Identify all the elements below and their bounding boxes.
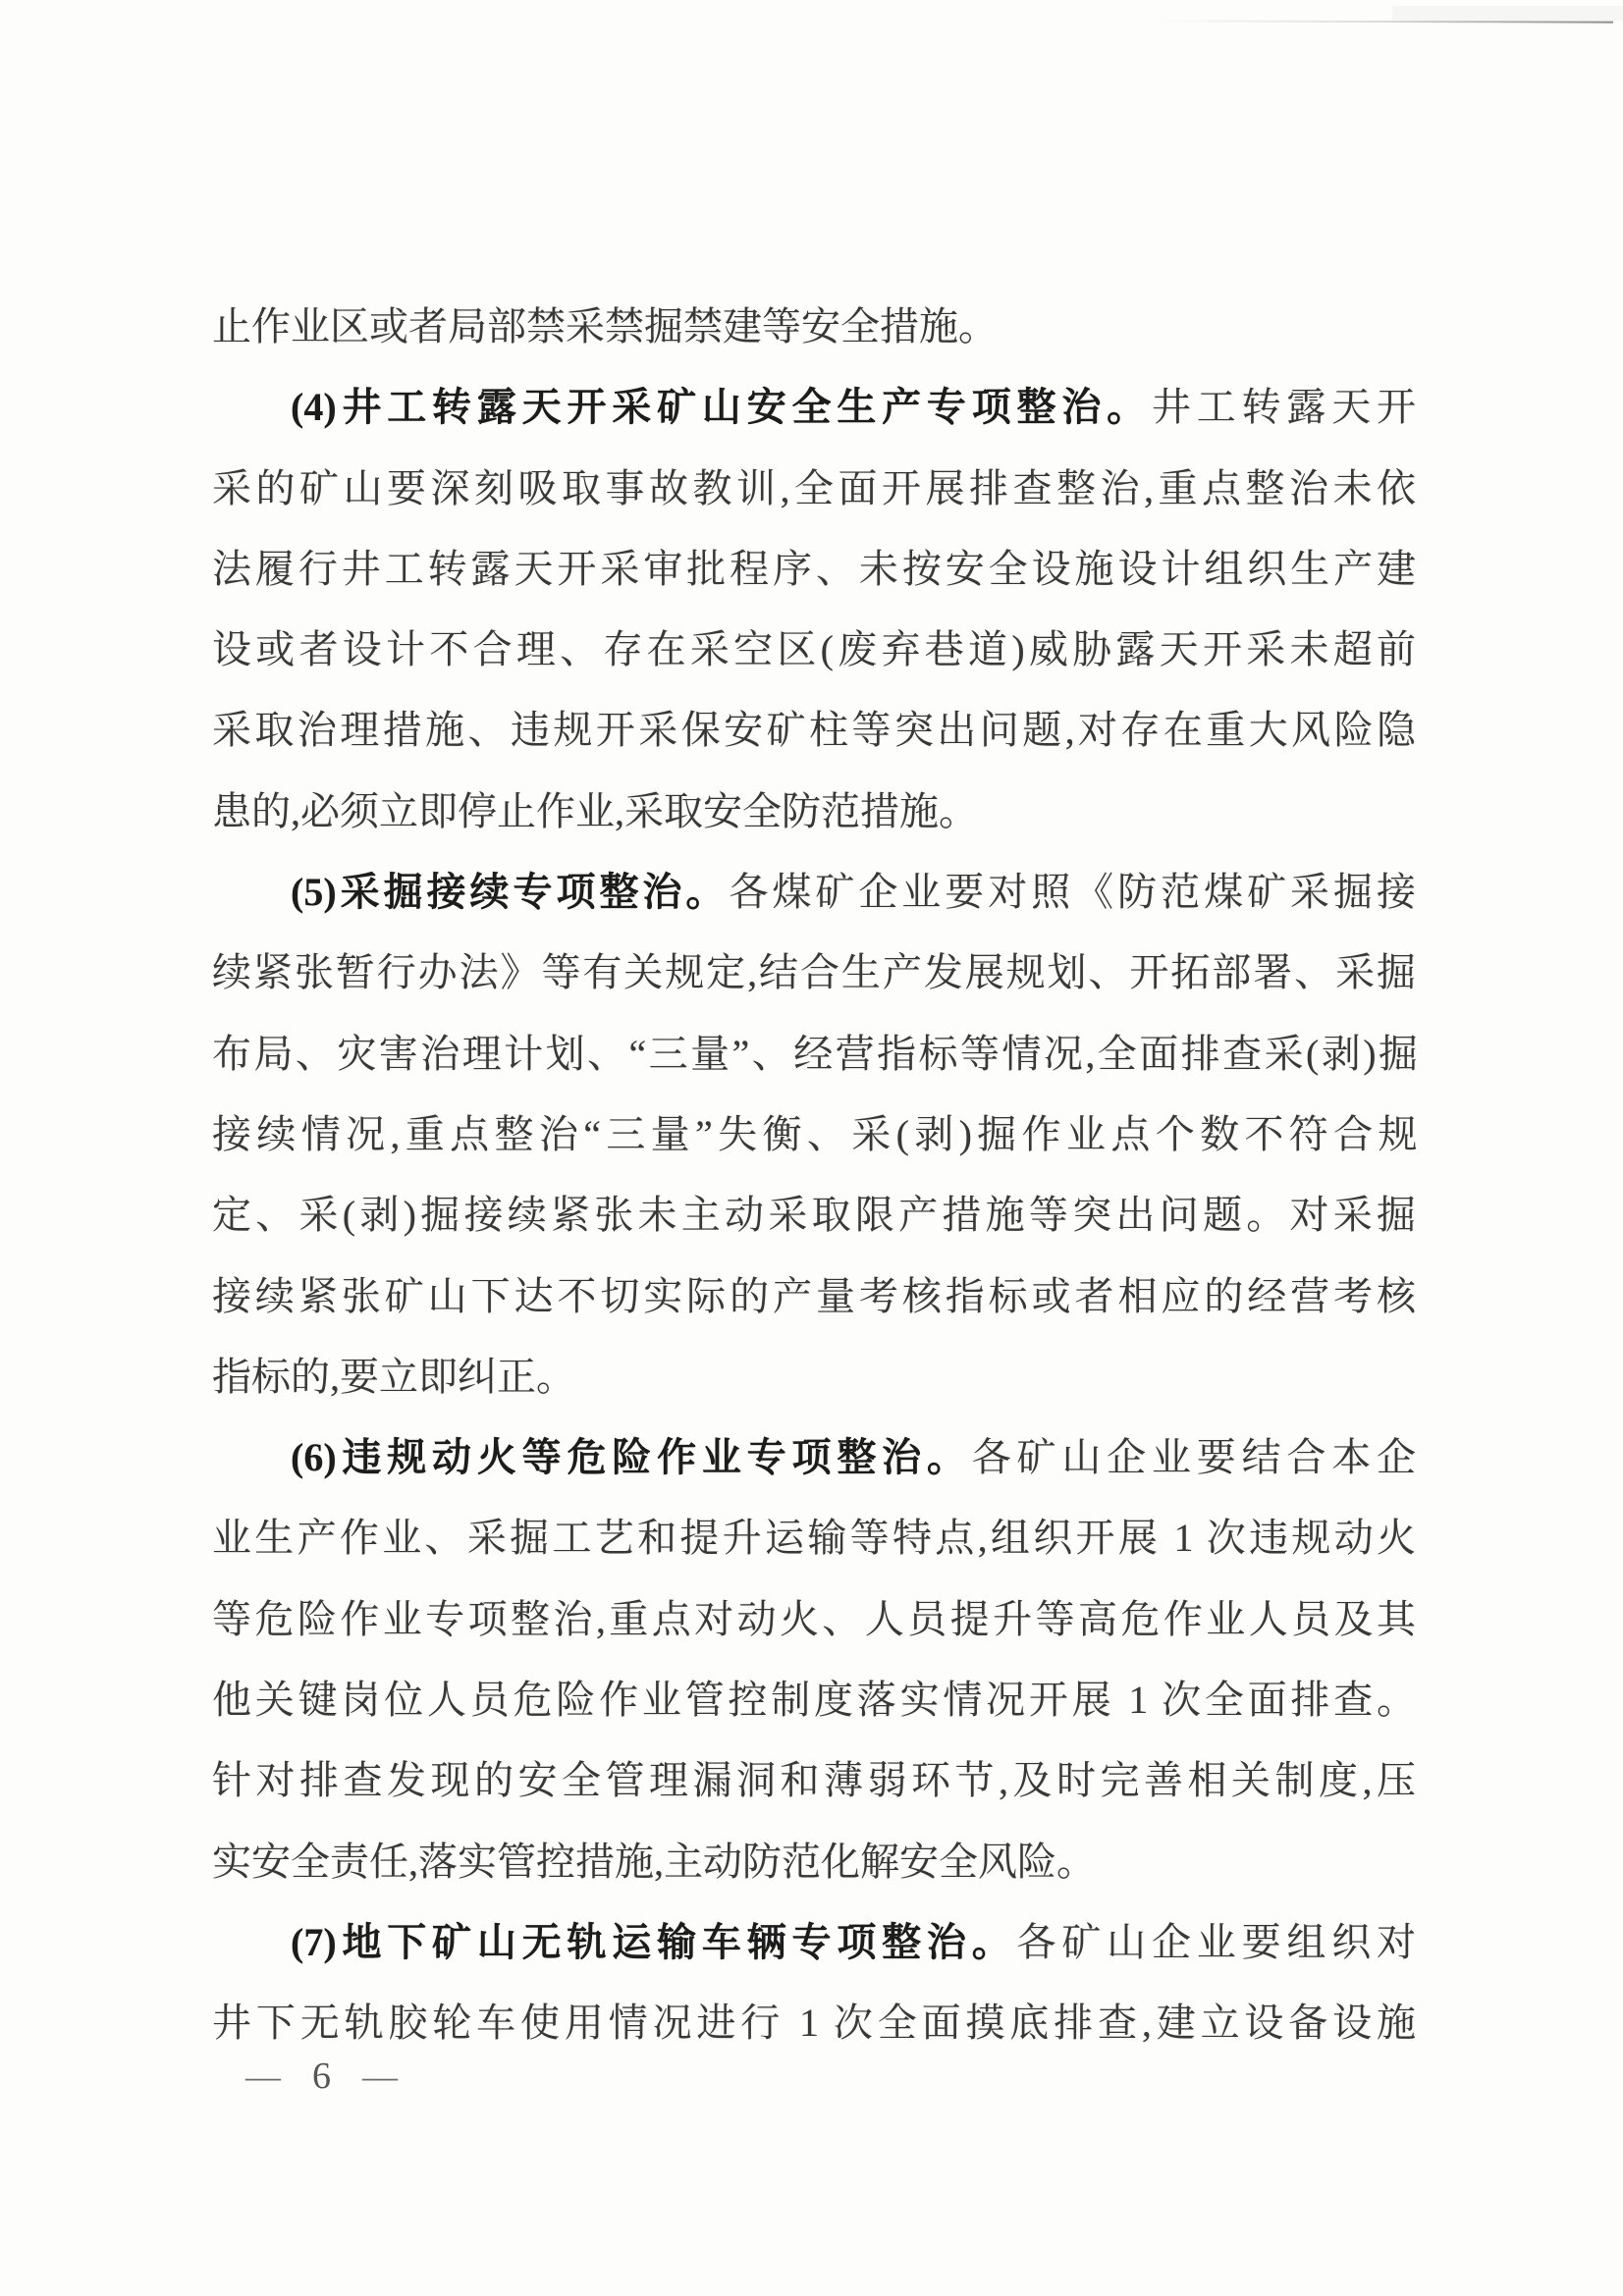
- text-line: 接续情况,重点整治“三量”失衡、采(剥)掘作业点个数不符合规: [212, 1095, 1416, 1175]
- paragraph-heading: (7)地下矿山无轨运输车辆专项整治。: [291, 1920, 1017, 1964]
- page-footer: — 6 —: [245, 2057, 398, 2095]
- body-text: 井工转露天开: [1152, 385, 1416, 429]
- text-line: 采的矿山要深刻吸取事故教训,全面开展排查整治,重点整治未依: [212, 449, 1416, 529]
- body-text: 他关键岗位人员危险作业管控制度落实情况开展 1 次全面排查。: [212, 1678, 1416, 1722]
- document-body: 止作业区或者局部禁采禁掘禁建等安全措施。 (4)井工转露天开采矿山安全生产专项整…: [212, 287, 1416, 2064]
- body-text: 井下无轨胶轮车使用情况进行 1 次全面摸底排查,建立设备设施: [212, 2001, 1416, 2045]
- text-line: 患的,必须立即停止作业,采取安全防范措施。: [212, 772, 1416, 852]
- body-text: 法履行井工转露天开采审批程序、未按安全设施设计组织生产建: [212, 547, 1416, 591]
- body-text: 接续紧张矿山下达不切实际的产量考核指标或者相应的经营考核: [212, 1274, 1416, 1318]
- text-line: 接续紧张矿山下达不切实际的产量考核指标或者相应的经营考核: [212, 1256, 1416, 1337]
- text-line: (5)采掘接续专项整治。各煤矿企业要对照《防范煤矿采掘接: [212, 852, 1416, 933]
- text-line: (4)井工转露天开采矿山安全生产专项整治。井工转露天开: [212, 367, 1416, 448]
- body-text: 采的矿山要深刻吸取事故教训,全面开展排查整治,重点整治未依: [212, 466, 1416, 510]
- body-text: 续紧张暂行办法》等有关规定,结合生产发展规划、开拓部署、采掘: [212, 950, 1416, 994]
- paragraph-heading: (6)违规动火等危险作业专项整治。: [291, 1435, 972, 1479]
- body-text: 采取治理措施、违规开采保安矿柱等突出问题,对存在重大风险隐: [212, 708, 1416, 752]
- body-text: 接续情况,重点整治“三量”失衡、采(剥)掘作业点个数不符合规: [212, 1112, 1416, 1156]
- body-text: 止作业区或者局部禁采禁掘禁建等安全措施。: [212, 304, 998, 348]
- body-text: 患的,必须立即停止作业,采取安全防范措施。: [212, 789, 978, 833]
- paragraph-heading: (5)采掘接续专项整治。: [291, 870, 729, 914]
- text-line: 他关键岗位人员危险作业管控制度落实情况开展 1 次全面排查。: [212, 1660, 1416, 1740]
- text-line: 定、采(剥)掘接续紧张未主动采取限产措施等突出问题。对采掘: [212, 1175, 1416, 1255]
- text-line: 采取治理措施、违规开采保安矿柱等突出问题,对存在重大风险隐: [212, 690, 1416, 771]
- footer-dash-left: —: [245, 2058, 281, 2094]
- body-text: 各煤矿企业要对照《防范煤矿采掘接: [729, 870, 1416, 914]
- body-text: 定、采(剥)掘接续紧张未主动采取限产措施等突出问题。对采掘: [212, 1193, 1416, 1237]
- footer-dash-right: —: [362, 2058, 398, 2094]
- text-line: 设或者设计不合理、存在采空区(废弃巷道)威胁露天开采未超前: [212, 610, 1416, 690]
- body-text: 等危险作业专项整治,重点对动火、人员提升等高危作业人员及其: [212, 1597, 1416, 1641]
- body-text: 设或者设计不合理、存在采空区(废弃巷道)威胁露天开采未超前: [212, 627, 1416, 671]
- scan-smudge-artifact: [1392, 6, 1623, 21]
- text-line: (7)地下矿山无轨运输车辆专项整治。各矿山企业要组织对: [212, 1902, 1416, 1983]
- text-line: 针对排查发现的安全管理漏洞和薄弱环节,及时完善相关制度,压: [212, 1740, 1416, 1821]
- text-line: 业生产作业、采掘工艺和提升运输等特点,组织开展 1 次违规动火: [212, 1498, 1416, 1578]
- text-line: 井下无轨胶轮车使用情况进行 1 次全面摸底排查,建立设备设施: [212, 1983, 1416, 2063]
- page-number: 6: [312, 2057, 331, 2095]
- body-text: 业生产作业、采掘工艺和提升运输等特点,组织开展 1 次违规动火: [212, 1516, 1416, 1560]
- text-line: 等危险作业专项整治,重点对动火、人员提升等高危作业人员及其: [212, 1579, 1416, 1660]
- body-text: 实安全责任,落实管控措施,主动防范化解安全风险。: [212, 1840, 1096, 1884]
- body-text: 各矿山企业要结合本企: [972, 1435, 1416, 1479]
- body-text: 布局、灾害治理计划、“三量”、经营指标等情况,全面排查采(剥)掘: [212, 1032, 1416, 1076]
- text-line: 止作业区或者局部禁采禁掘禁建等安全措施。: [212, 287, 1416, 367]
- paragraph-heading: (4)井工转露天开采矿山安全生产专项整治。: [291, 385, 1152, 429]
- text-line: (6)违规动火等危险作业专项整治。各矿山企业要结合本企: [212, 1417, 1416, 1498]
- text-line: 布局、灾害治理计划、“三量”、经营指标等情况,全面排查采(剥)掘: [212, 1014, 1416, 1095]
- body-text: 各矿山企业要组织对: [1017, 1920, 1416, 1964]
- text-line: 实安全责任,落实管控措施,主动防范化解安全风险。: [212, 1822, 1416, 1902]
- text-line: 法履行井工转露天开采审批程序、未按安全设施设计组织生产建: [212, 529, 1416, 610]
- body-text: 指标的,要立即纠正。: [212, 1355, 575, 1399]
- text-line: 续紧张暂行办法》等有关规定,结合生产发展规划、开拓部署、采掘: [212, 933, 1416, 1013]
- text-line: 指标的,要立即纠正。: [212, 1337, 1416, 1417]
- scan-line-artifact: [1154, 20, 1613, 23]
- document-page: 止作业区或者局部禁采禁掘禁建等安全措施。 (4)井工转露天开采矿山安全生产专项整…: [0, 0, 1623, 2296]
- body-text: 针对排查发现的安全管理漏洞和薄弱环节,及时完善相关制度,压: [212, 1758, 1416, 1802]
